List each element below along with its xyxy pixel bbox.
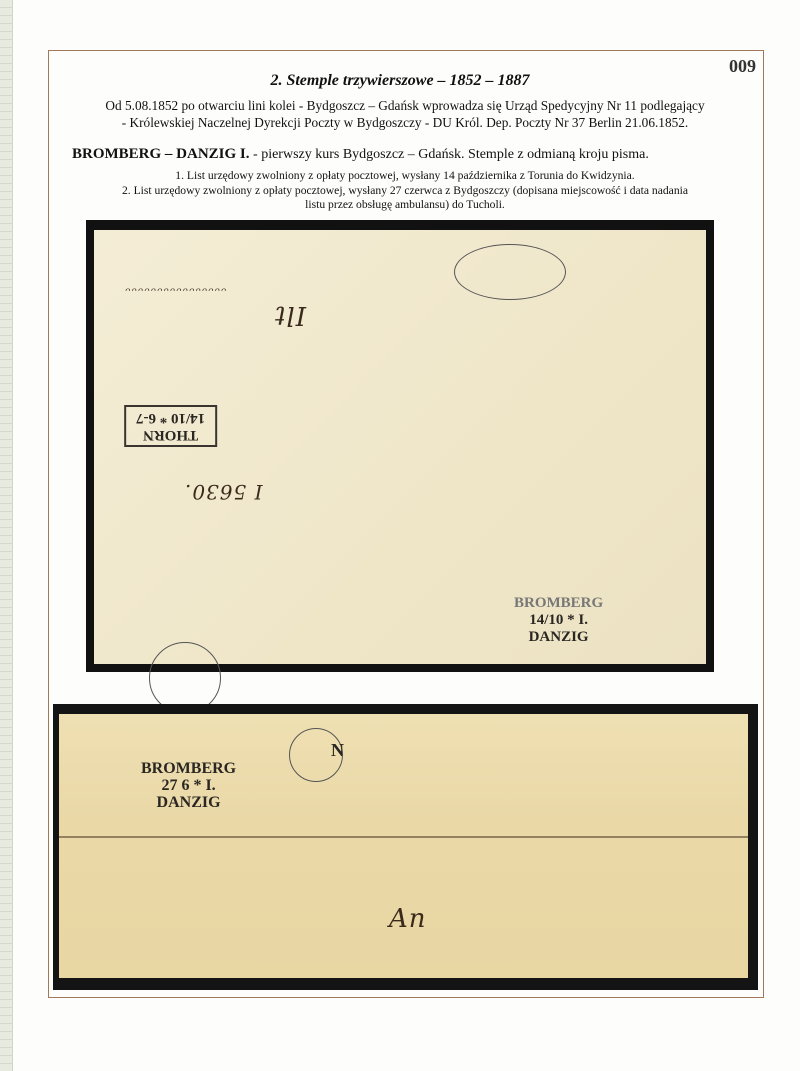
cover-notes: 1. List urzędowy zwolniony z opłaty pocz… [60,169,750,213]
page-title: 2. Stemple trzywierszowe – 1852 – 1887 [0,72,800,90]
cover-2-paper: BROMBERG 27 6 * I. DANZIG N An [59,714,748,978]
oval-seal [454,244,566,300]
bromberg-danzig-stamp-1: BROMBERG 14/10 * I. DANZIG [514,595,603,646]
intro-text: Od 5.08.1852 po otwarciu lini kolei - By… [60,97,750,131]
subheading: BROMBERG – DANZIG I. - pierwszy kurs Byd… [72,146,772,163]
cover-1-paper: ᵕᵕᵕᵕᵕᵕᵕᵕᵕᵕᵕᵕᵕᵕᵕᵕ Ilt THORN 14/10 * 6-7 I… [94,230,706,664]
cover-2-image: BROMBERG 27 6 * I. DANZIG N An [53,704,758,990]
fold-line [59,836,748,838]
bromberg-danzig-stamp-2: BROMBERG 27 6 * I. DANZIG [141,760,236,811]
binder-strip [0,0,13,1071]
cover-1-image: ᵕᵕᵕᵕᵕᵕᵕᵕᵕᵕᵕᵕᵕᵕᵕᵕ Ilt THORN 14/10 * 6-7 I… [86,220,714,672]
thorn-box-stamp: THORN 14/10 * 6-7 [124,405,217,447]
